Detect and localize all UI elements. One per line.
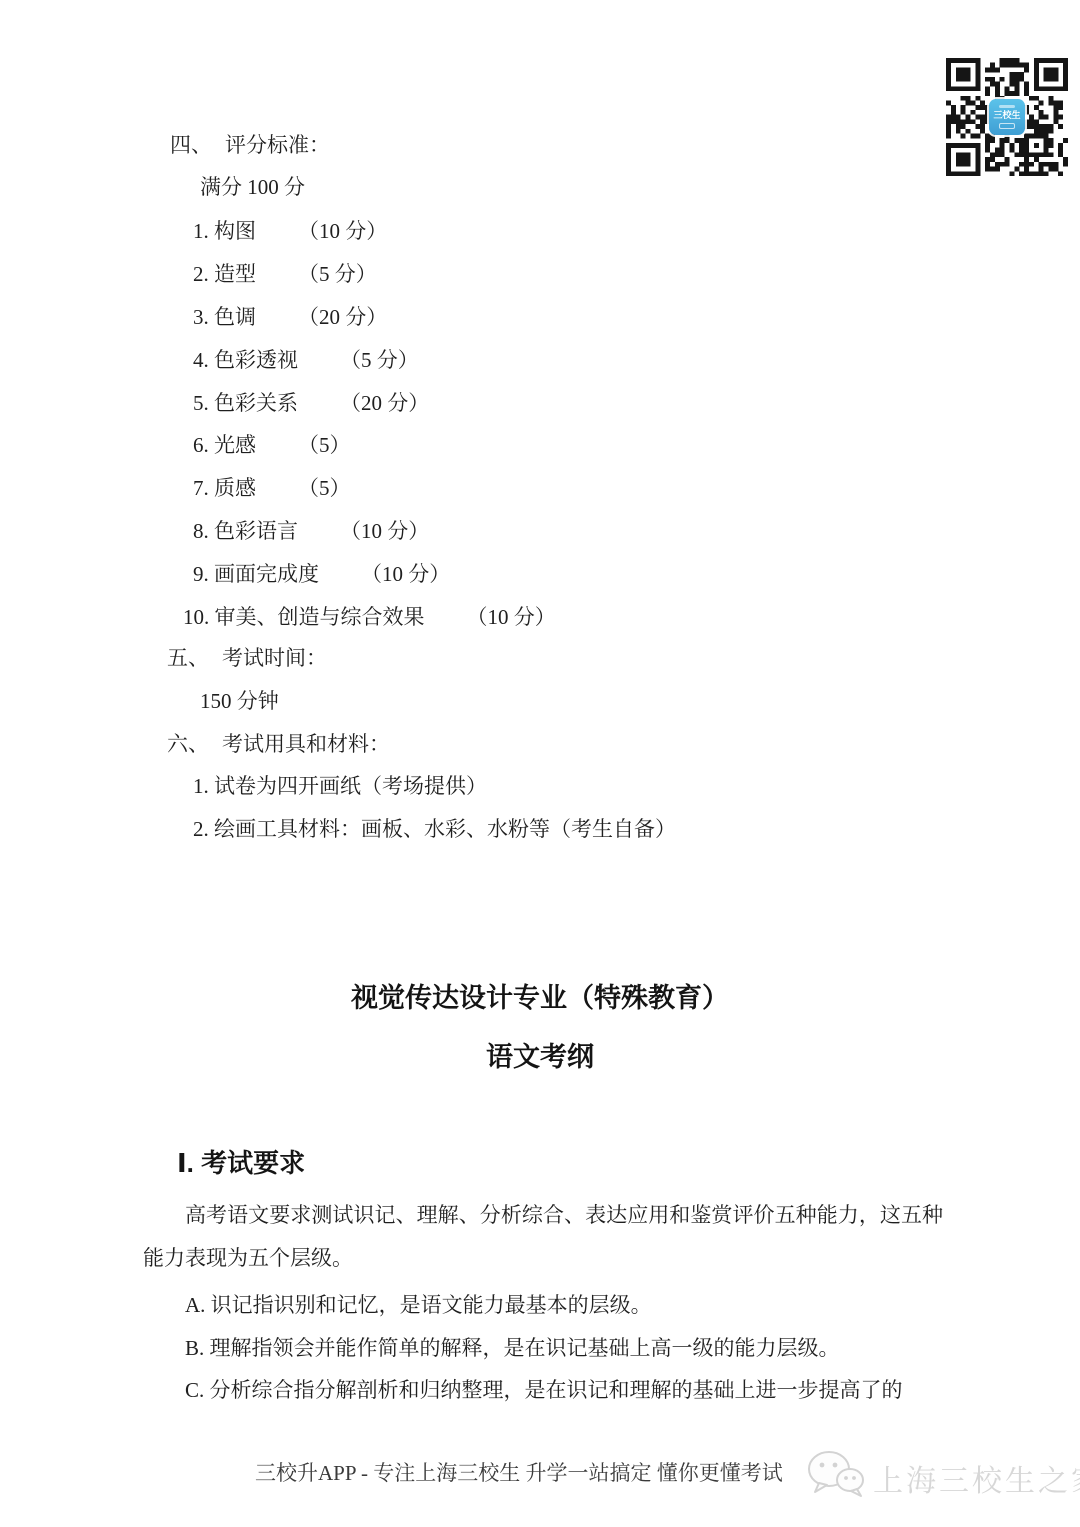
score-item-value: （10 分）	[361, 562, 450, 586]
score-item: 1. 构图（10 分）	[193, 210, 556, 253]
score-item: 10. 审美、创造与综合效果（10 分）	[183, 596, 556, 639]
wechat-icon	[805, 1447, 867, 1508]
score-item-value: （10 分）	[467, 605, 556, 629]
document-page: 三校生 四、评分标准： 满分 100 分 1. 构图（10 分）2. 造型（5 …	[0, 0, 1080, 1527]
section-number: 四、	[170, 133, 212, 157]
score-item: 7. 质感（5）	[193, 467, 556, 510]
materials-list: 1. 试卷为四开画纸（考场提供）2. 绘画工具材料：画板、水彩、水粉等（考生自备…	[193, 765, 676, 851]
section-title: 考试时间：	[222, 646, 327, 670]
score-item-value: （5 分）	[298, 262, 377, 286]
footer-slogan: 三校升APP - 专注上海三校生 升学一站搞定 懂你更懂考试	[255, 1452, 783, 1495]
score-item: 2. 造型（5 分）	[193, 253, 556, 296]
section-five-heading: 五、考试时间：	[167, 637, 327, 680]
qr-logo-decoration-bottom	[999, 123, 1015, 129]
section-four-heading: 四、评分标准：	[170, 124, 330, 167]
materials-item: 1. 试卷为四开画纸（考场提供）	[193, 765, 676, 808]
full-score-line: 满分 100 分	[200, 166, 305, 209]
watermark: 上海三校生之家	[805, 1447, 1080, 1508]
section-six-heading: 六、考试用具和材料：	[167, 723, 390, 766]
score-item-label: 2. 造型	[193, 262, 256, 286]
section-number: 六、	[167, 732, 209, 756]
score-item: 9. 画面完成度（10 分）	[193, 553, 556, 596]
score-item-label: 10. 审美、创造与综合效果	[183, 605, 425, 629]
ability-level-item: B. 理解指领会并能作简单的解释，是在识记基础上高一级的能力层级。	[185, 1327, 903, 1370]
score-item-value: （10 分）	[340, 519, 429, 543]
subject-title: 语文考纲	[0, 1039, 1080, 1075]
score-item: 3. 色调（20 分）	[193, 296, 556, 339]
score-item-label: 1. 构图	[193, 219, 256, 243]
qr-logo-decoration-top	[999, 105, 1015, 108]
section-number: 五、	[167, 646, 209, 670]
score-item: 5. 色彩关系（20 分）	[193, 382, 556, 425]
requirements-heading: Ⅰ. 考试要求	[177, 1146, 305, 1180]
section-title: 评分标准：	[225, 133, 330, 157]
ability-level-item: C. 分析综合指分解剖析和归纳整理，是在识记和理解的基础上进一步提高了的	[185, 1369, 903, 1412]
score-item-label: 7. 质感	[193, 476, 256, 500]
exam-duration: 150 分钟	[200, 680, 279, 723]
score-item-value: （5 分）	[340, 348, 419, 372]
score-item-label: 8. 色彩语言	[193, 519, 298, 543]
score-item-value: （5）	[298, 476, 351, 500]
score-item-label: 5. 色彩关系	[193, 391, 298, 415]
materials-item: 2. 绘画工具材料：画板、水彩、水粉等（考生自备）	[193, 808, 676, 851]
score-item-label: 3. 色调	[193, 305, 256, 329]
qr-code: 三校生	[946, 58, 1068, 176]
qr-center-logo: 三校生	[989, 99, 1025, 135]
ability-level-list: A. 识记指识别和记忆，是语文能力最基本的层级。B. 理解指领会并能作简单的解释…	[185, 1284, 903, 1412]
score-item-value: （20 分）	[298, 305, 387, 329]
score-item-value: （5）	[298, 433, 351, 457]
requirements-paragraph: 高考语文要求测试识记、理解、分析综合、表达应用和鉴赏评价五种能力，这五种能力表现…	[143, 1194, 943, 1280]
watermark-label: 上海三校生之家	[873, 1456, 1080, 1500]
ability-level-item: A. 识记指识别和记忆，是语文能力最基本的层级。	[185, 1284, 903, 1327]
score-item: 6. 光感（5）	[193, 424, 556, 467]
major-title: 视觉传达设计专业（特殊教育）	[0, 980, 1080, 1016]
score-item-value: （10 分）	[298, 219, 387, 243]
score-item-label: 6. 光感	[193, 433, 256, 457]
section-title: 考试用具和材料：	[222, 732, 390, 756]
qr-logo-label: 三校生	[993, 110, 1020, 121]
score-item: 8. 色彩语言（10 分）	[193, 510, 556, 553]
score-criteria-list: 1. 构图（10 分）2. 造型（5 分）3. 色调（20 分）4. 色彩透视（…	[193, 210, 556, 639]
score-item-value: （20 分）	[340, 391, 429, 415]
score-item-label: 4. 色彩透视	[193, 348, 298, 372]
score-item-label: 9. 画面完成度	[193, 562, 319, 586]
score-item: 4. 色彩透视（5 分）	[193, 339, 556, 382]
